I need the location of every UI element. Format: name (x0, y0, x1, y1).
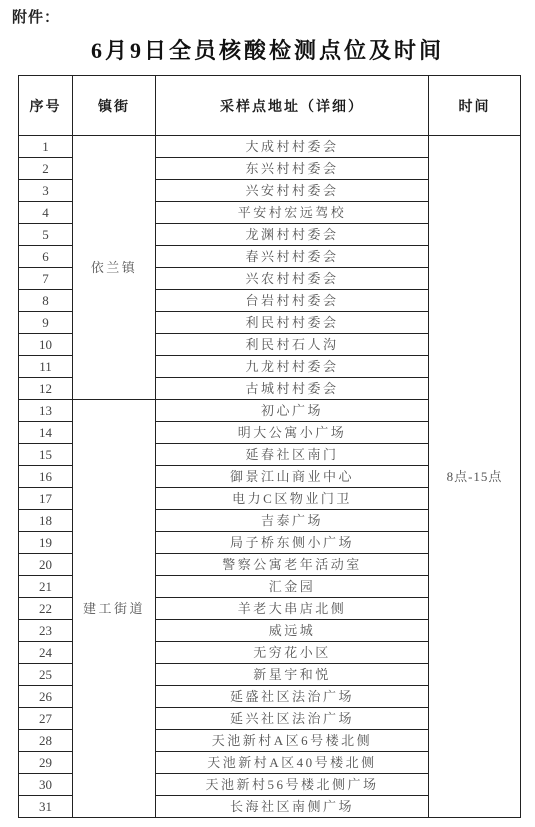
seq-cell: 11 (19, 356, 73, 378)
address-cell: 羊老大串店北侧 (156, 598, 429, 620)
column-header-address: 采样点地址（详细） (156, 76, 429, 136)
address-cell: 东兴村村委会 (156, 158, 429, 180)
address-cell: 平安村宏远驾校 (156, 202, 429, 224)
seq-cell: 30 (19, 774, 73, 796)
address-cell: 局子桥东侧小广场 (156, 532, 429, 554)
address-cell: 汇金园 (156, 576, 429, 598)
table-row: 1依兰镇大成村村委会8点-15点 (19, 136, 521, 158)
seq-cell: 5 (19, 224, 73, 246)
address-cell: 警察公寓老年活动室 (156, 554, 429, 576)
seq-cell: 25 (19, 664, 73, 686)
address-cell: 新星宇和悦 (156, 664, 429, 686)
address-cell: 大成村村委会 (156, 136, 429, 158)
seq-cell: 14 (19, 422, 73, 444)
seq-cell: 6 (19, 246, 73, 268)
column-header-town: 镇街 (73, 76, 156, 136)
address-cell: 明大公寓小广场 (156, 422, 429, 444)
seq-cell: 24 (19, 642, 73, 664)
seq-cell: 3 (19, 180, 73, 202)
address-cell: 利民村石人沟 (156, 334, 429, 356)
seq-cell: 7 (19, 268, 73, 290)
column-header-seq: 序号 (19, 76, 73, 136)
seq-cell: 22 (19, 598, 73, 620)
seq-cell: 13 (19, 400, 73, 422)
column-header-time: 时间 (429, 76, 521, 136)
address-cell: 延春社区南门 (156, 444, 429, 466)
seq-cell: 27 (19, 708, 73, 730)
address-cell: 御景江山商业中心 (156, 466, 429, 488)
address-cell: 龙渊村村委会 (156, 224, 429, 246)
address-cell: 威远城 (156, 620, 429, 642)
address-cell: 延兴社区法治广场 (156, 708, 429, 730)
seq-cell: 17 (19, 488, 73, 510)
address-cell: 天池新村A区6号楼北侧 (156, 730, 429, 752)
address-cell: 初心广场 (156, 400, 429, 422)
seq-cell: 12 (19, 378, 73, 400)
seq-cell: 28 (19, 730, 73, 752)
seq-cell: 2 (19, 158, 73, 180)
seq-cell: 26 (19, 686, 73, 708)
address-cell: 天池新村A区40号楼北侧 (156, 752, 429, 774)
seq-cell: 4 (19, 202, 73, 224)
address-cell: 长海社区南侧广场 (156, 796, 429, 818)
seq-cell: 29 (19, 752, 73, 774)
address-cell: 延盛社区法治广场 (156, 686, 429, 708)
address-cell: 古城村村委会 (156, 378, 429, 400)
address-cell: 天池新村56号楼北侧广场 (156, 774, 429, 796)
address-cell: 兴农村村委会 (156, 268, 429, 290)
seq-cell: 23 (19, 620, 73, 642)
address-cell: 吉泰广场 (156, 510, 429, 532)
table-body: 1依兰镇大成村村委会8点-15点2东兴村村委会3兴安村村委会4平安村宏远驾校5龙… (19, 136, 521, 818)
seq-cell: 19 (19, 532, 73, 554)
address-cell: 无穷花小区 (156, 642, 429, 664)
seq-cell: 9 (19, 312, 73, 334)
address-cell: 台岩村村委会 (156, 290, 429, 312)
seq-cell: 1 (19, 136, 73, 158)
seq-cell: 8 (19, 290, 73, 312)
address-cell: 利民村村委会 (156, 312, 429, 334)
time-cell: 8点-15点 (429, 136, 521, 818)
seq-cell: 21 (19, 576, 73, 598)
town-cell: 建工街道 (73, 400, 156, 818)
address-cell: 兴安村村委会 (156, 180, 429, 202)
address-cell: 九龙村村委会 (156, 356, 429, 378)
seq-cell: 18 (19, 510, 73, 532)
page-title: 6月9日全员核酸检测点位及时间 (0, 34, 535, 65)
seq-cell: 31 (19, 796, 73, 818)
testing-points-table: 序号 镇街 采样点地址（详细） 时间 1依兰镇大成村村委会8点-15点2东兴村村… (18, 75, 521, 818)
seq-cell: 16 (19, 466, 73, 488)
address-cell: 春兴村村委会 (156, 246, 429, 268)
town-cell: 依兰镇 (73, 136, 156, 400)
address-cell: 电力C区物业门卫 (156, 488, 429, 510)
attachment-label: 附件： (12, 6, 60, 27)
seq-cell: 20 (19, 554, 73, 576)
table-header-row: 序号 镇街 采样点地址（详细） 时间 (19, 76, 521, 136)
seq-cell: 15 (19, 444, 73, 466)
seq-cell: 10 (19, 334, 73, 356)
